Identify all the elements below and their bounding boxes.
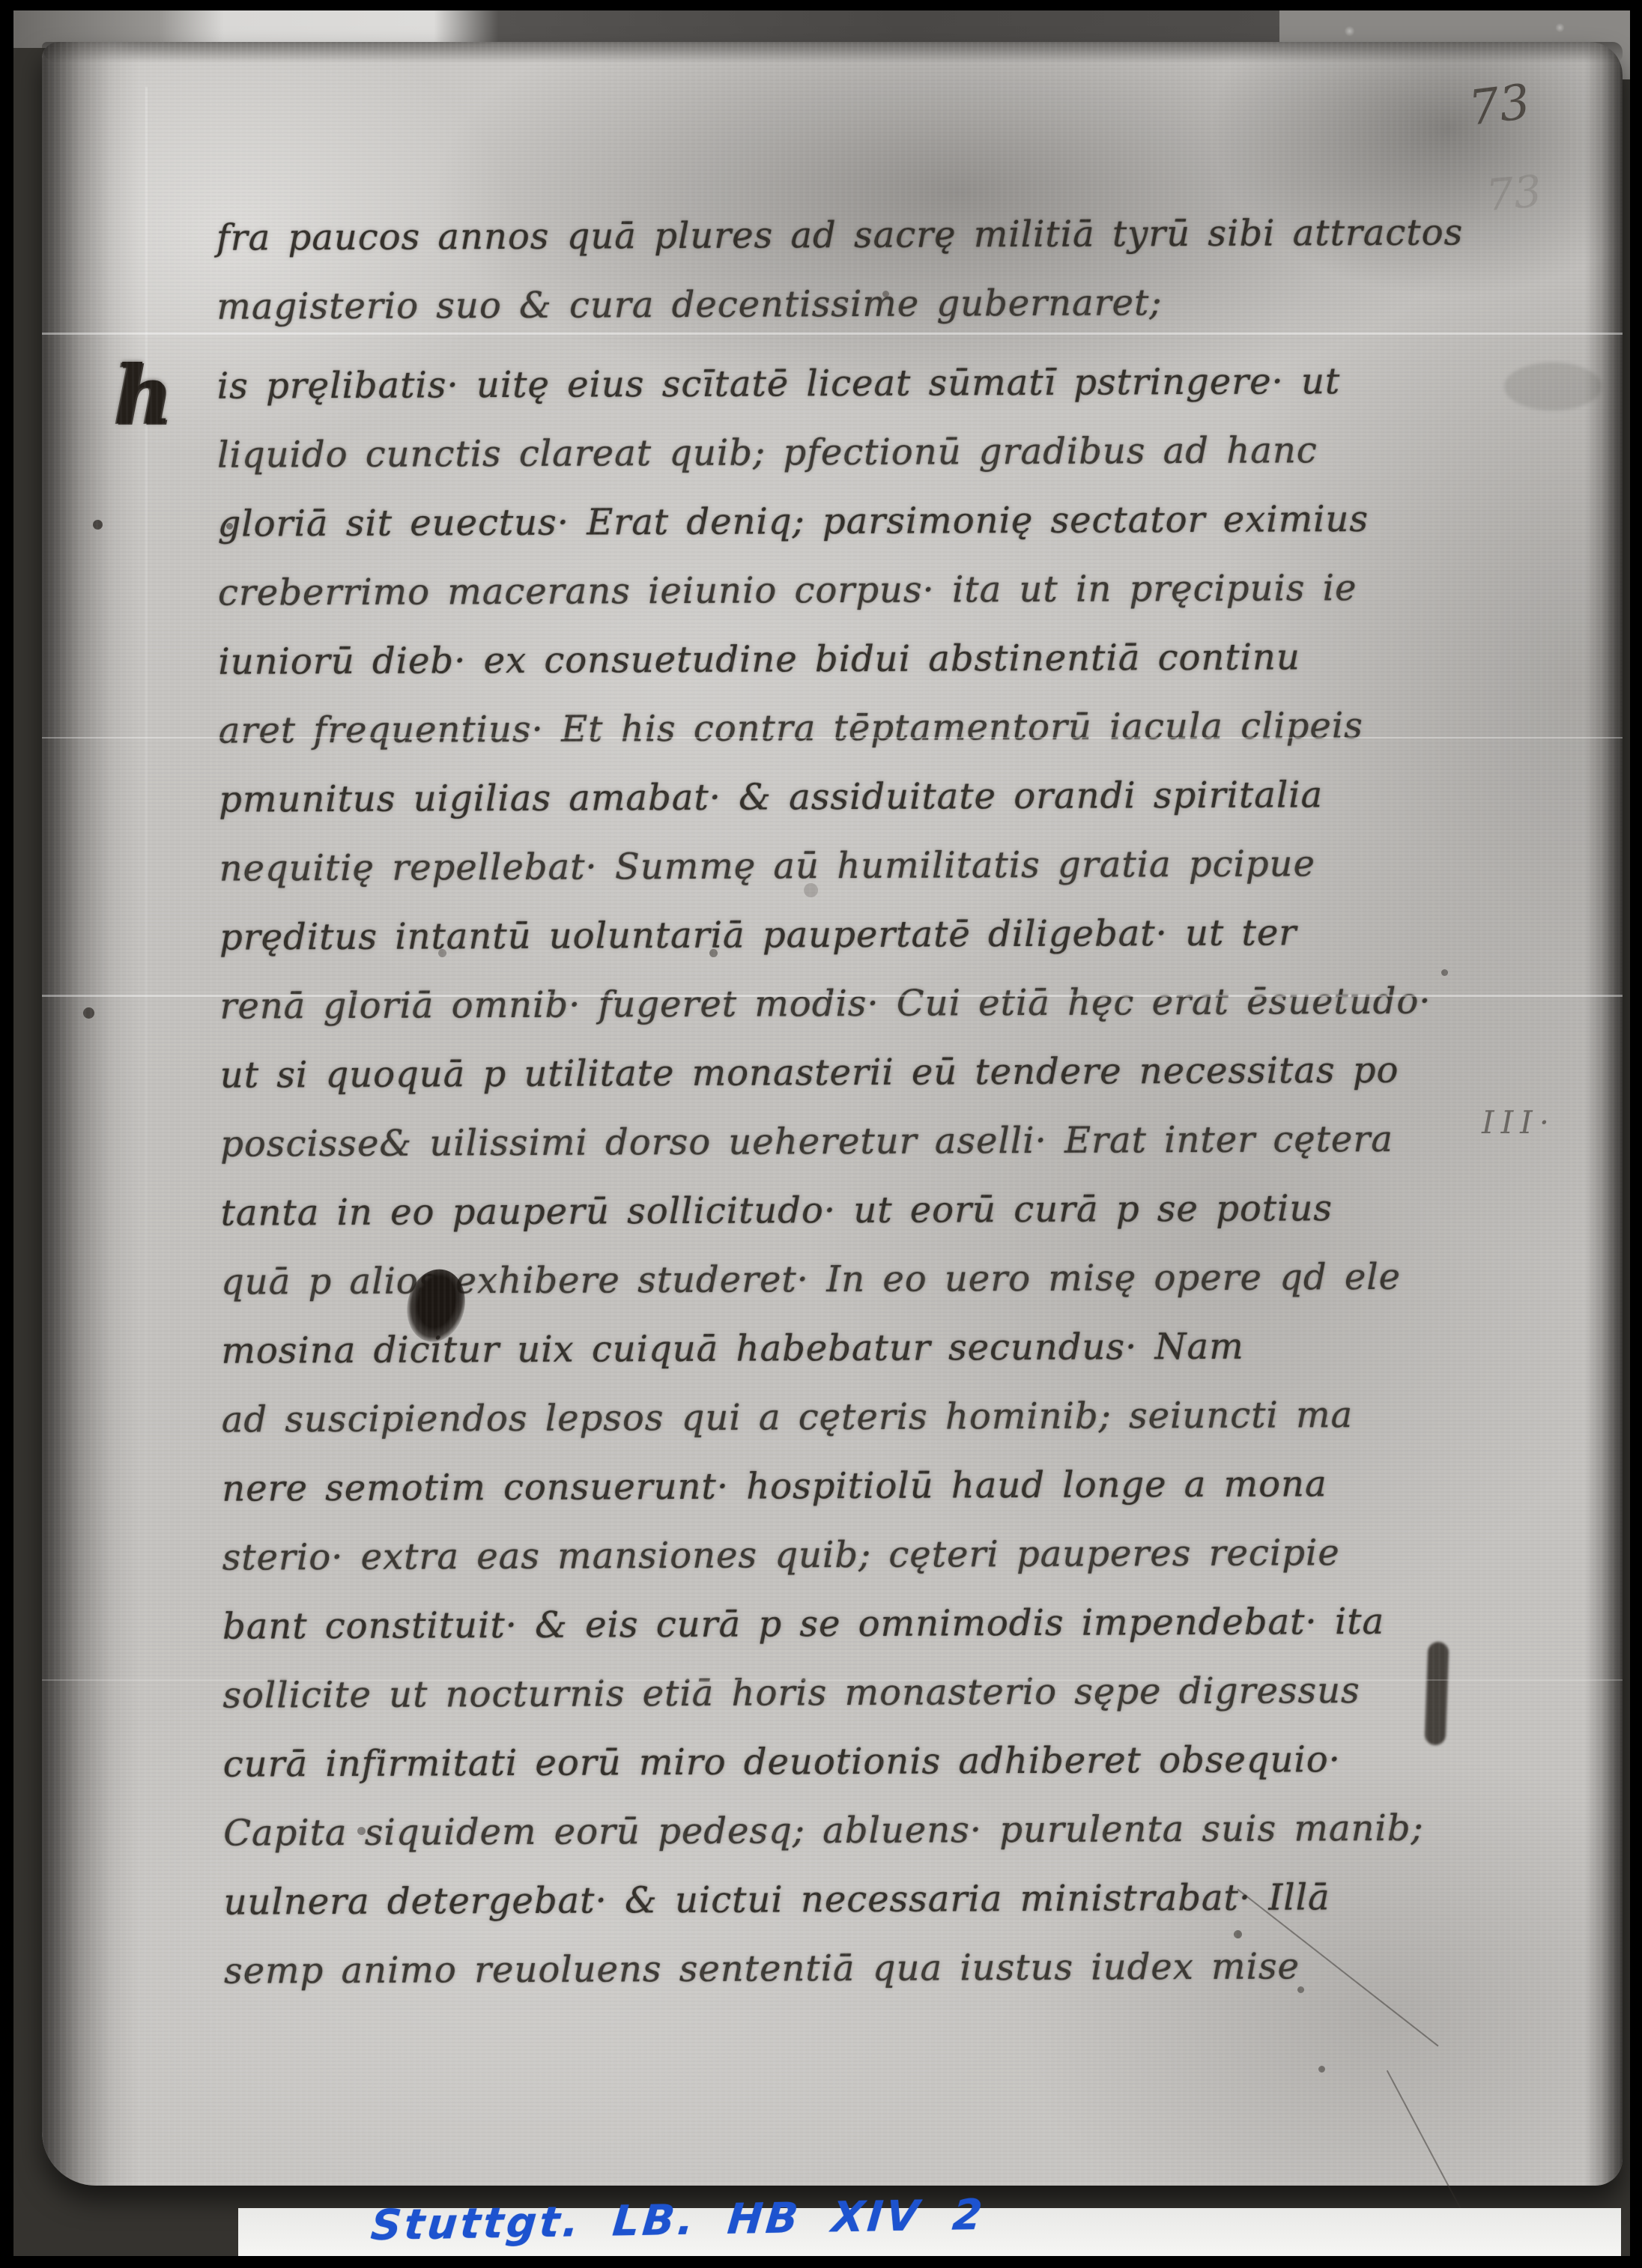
- text-line: nequitię repellebat· Summę aū humilitati…: [219, 828, 1477, 903]
- photo-scratch: [42, 737, 1623, 739]
- text-line: uulnera detergebat· & uictui necessaria …: [223, 1862, 1482, 1936]
- photo-scratch: [42, 333, 1623, 335]
- text-line: pmunitus uigilias amabat· & assiduitate …: [219, 759, 1477, 834]
- text-line: gloriā sit euectus· Erat deniq; parsimon…: [217, 484, 1476, 558]
- text-line: fra paucos annos quā plures ad sacrę mil…: [216, 198, 1475, 272]
- text-line: sterio· extra eas mansiones quib; cęteri…: [222, 1517, 1480, 1592]
- folio-number: 73: [1466, 74, 1533, 136]
- photo-scratch: [42, 1679, 1623, 1681]
- text-line: bant constituit· & eis curā p se omnimod…: [222, 1586, 1481, 1661]
- text-line: aret frequentius· Et his contra tēptamen…: [219, 691, 1477, 765]
- text-line: creberrimo macerans ieiunio corpus· ita …: [218, 553, 1476, 627]
- margin-smudge: [1504, 363, 1602, 410]
- text-line: semp animo reuoluens sententiā qua iustu…: [224, 1931, 1482, 2005]
- text-line: poscisse& uilissimi dorso ueheretur asel…: [220, 1104, 1479, 1178]
- text-line: ut si quoquā p utilitate monasterii eū t…: [220, 1035, 1479, 1109]
- text-line: renā gloriā omnib· fugeret modis· Cui et…: [219, 966, 1478, 1040]
- stain-specks: [42, 42, 49, 49]
- text-line: nere semotim consuerunt· hospitiolū haud…: [222, 1449, 1480, 1523]
- crease-line: [1387, 2070, 1461, 2210]
- text-block: fra paucos annos quā plures ad sacrę mil…: [216, 198, 1482, 2005]
- page-top-crease: [42, 42, 1623, 63]
- decorated-initial: h: [114, 355, 173, 436]
- shelfmark-annotation: Stuttgt. LB. HB XIV 2: [369, 2191, 987, 2250]
- photo-scratch: [42, 995, 1623, 997]
- text-line: sollicite ut nocturnis etiā horis monast…: [222, 1655, 1481, 1729]
- label-strip: Stuttgt. LB. HB XIV 2: [238, 2208, 1621, 2256]
- text-line: Capita siquidem eorū pedesq; abluens· pu…: [223, 1793, 1482, 1867]
- manuscript-page: 73 73 h fra paucos annos quā plures ad s…: [42, 42, 1623, 2186]
- text-line: magisterio suo & cura decentissime guber…: [216, 267, 1475, 341]
- text-line: ad suscipiendos lepsos qui a cęteris hom…: [222, 1380, 1480, 1454]
- text-line: is pręlibatis· uitę eius scītatē liceat …: [217, 346, 1476, 420]
- ink-smudge: [1425, 1642, 1449, 1746]
- photo-frame: 73 73 h fra paucos annos quā plures ad s…: [13, 10, 1630, 2256]
- text-line: pręditus intantū uoluntariā paupertatē d…: [219, 897, 1478, 971]
- folio-number-showthrough: 73: [1484, 166, 1543, 221]
- margin-chapter-numeral: III·: [1482, 1104, 1556, 1141]
- text-line: liquido cunctis clareat quib; pfectionū …: [217, 415, 1476, 489]
- text-line: tanta in eo pauperū sollicitudo· ut eorū…: [220, 1173, 1479, 1247]
- text-line: iuniorū dieb· ex consuetudine bidui abst…: [218, 622, 1476, 696]
- text-line: curā infirmitati eorū miro deuotionis ad…: [223, 1724, 1482, 1798]
- page-right-edge: [1585, 42, 1623, 2186]
